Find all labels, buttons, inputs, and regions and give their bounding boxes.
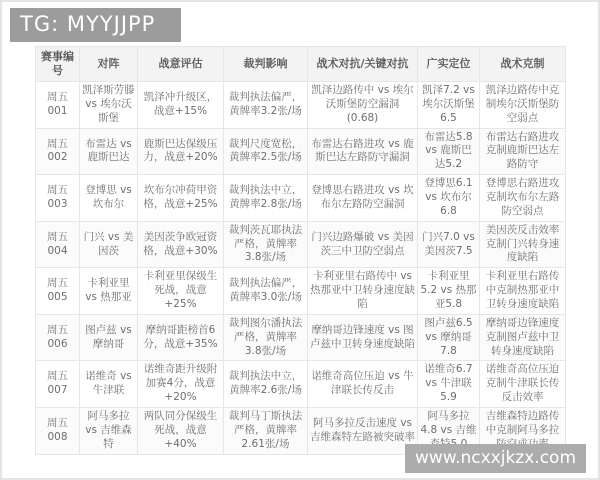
matchup-cell: 登博思 vs 坎布尔 xyxy=(80,175,138,222)
match-id-cell: 周五 006 xyxy=(36,314,80,361)
positioning-cell: 布雷达5.8 vs 鹿斯巴达5.2 xyxy=(418,128,480,175)
morale-cell: 诺维奇距升级附加赛4分，战意+20% xyxy=(138,361,224,408)
referee-cell: 裁判执法偏严，黄牌率3.0张/场 xyxy=(224,268,308,315)
matchup-cell: 凯泽斯劳滕 vs 埃尔沃斯堡 xyxy=(80,82,138,129)
match-id-cell: 周五 003 xyxy=(36,175,80,222)
col-header-referee: 裁判影响 xyxy=(224,47,308,82)
match-day: 周五 xyxy=(38,417,77,431)
matchup-cell: 图卢兹 vs 摩纳哥 xyxy=(80,314,138,361)
match-id-cell: 周五 008 xyxy=(36,408,80,455)
tactical-duel-cell: 门兴边路爆破 vs 美因茨三中卫防空弱点 xyxy=(308,221,418,268)
tactical-duel-cell: 凯泽边路传中 vs 埃尔沃斯堡防空漏洞 (0.68) xyxy=(308,82,418,129)
morale-cell: 鹿斯巴达保级压力，战意+20% xyxy=(138,128,224,175)
match-day: 周五 xyxy=(38,324,77,338)
tactical-duel-cell: 摩纳哥边锋速度 vs 图卢兹中卫转身速度缺陷 xyxy=(308,314,418,361)
col-header-tactical-duel: 战术对抗/关键对抗 xyxy=(308,47,418,82)
site-watermark: www.ncxxjkzx.com xyxy=(405,444,586,473)
matchup-cell: 门兴 vs 美因茨 xyxy=(80,221,138,268)
positioning-cell: 凯泽7.2 vs 埃尔沃斯堡6.5 xyxy=(418,82,480,129)
counter-cell: 卡利亚里右路传中克制热那亚中卫转身速度缺陷 xyxy=(480,268,566,315)
counter-cell: 摩纳哥边锋速度克制图卢兹中卫转身速度缺陷 xyxy=(480,314,566,361)
matchup-cell: 阿马多拉 vs 吉维森特 xyxy=(80,408,138,455)
match-day: 周五 xyxy=(38,184,77,198)
morale-cell: 美因茨争欧冠资格，战意+30% xyxy=(138,221,224,268)
match-day: 周五 xyxy=(38,91,77,105)
counter-cell: 凯泽边路传中克制埃尔沃斯堡防空弱点 xyxy=(480,82,566,129)
table-header-row: 赛事编号 对阵 战意评估 裁判影响 战术对抗/关键对抗 广实定位 战术克制 xyxy=(36,47,566,82)
matchup-cell: 布雷达 vs 鹿斯巴达 xyxy=(80,128,138,175)
table-row: 周五 005 卡利亚里 vs 热那亚 卡利亚里保级生死战，战意+25% 裁判执法… xyxy=(36,268,566,315)
table-row: 周五 001 凯泽斯劳滕 vs 埃尔沃斯堡 凯泽冲升级区，战意+15% 裁判执法… xyxy=(36,82,566,129)
referee-cell: 裁判图尔潘执法严格，黄牌率3.8张/场 xyxy=(224,314,308,361)
match-number: 004 xyxy=(38,245,77,259)
match-number: 006 xyxy=(38,338,77,352)
morale-cell: 凯泽冲升级区，战意+15% xyxy=(138,82,224,129)
col-header-matchup: 对阵 xyxy=(80,47,138,82)
tactical-duel-cell: 卡利亚里右路传中 vs 热那亚中卫转身速度缺陷 xyxy=(308,268,418,315)
matchup-cell: 诺维奇 vs 牛津联 xyxy=(80,361,138,408)
counter-cell: 登博思右路进攻克制坎布尔左路防空弱点 xyxy=(480,175,566,222)
match-id-cell: 周五 004 xyxy=(36,221,80,268)
match-analysis-table: 赛事编号 对阵 战意评估 裁判影响 战术对抗/关键对抗 广实定位 战术克制 周五… xyxy=(35,46,566,455)
tg-channel-badge: TG: MYYJJPP xyxy=(10,8,181,42)
referee-cell: 裁判执法中立，黄牌率2.6张/场 xyxy=(224,361,308,408)
tactical-duel-cell: 布雷达右路进攻 vs 鹿斯巴达左路防守漏洞 xyxy=(308,128,418,175)
table-body: 周五 001 凯泽斯劳滕 vs 埃尔沃斯堡 凯泽冲升级区，战意+15% 裁判执法… xyxy=(36,82,566,455)
match-number: 005 xyxy=(38,291,77,305)
col-header-match-id: 赛事编号 xyxy=(36,47,80,82)
positioning-cell: 登博思6.1 vs 坎布尔6.8 xyxy=(418,175,480,222)
referee-cell: 裁判执法偏严，黄牌率3.2张/场 xyxy=(224,82,308,129)
match-day: 周五 xyxy=(38,370,77,384)
match-number: 008 xyxy=(38,431,77,445)
col-header-positioning: 广实定位 xyxy=(418,47,480,82)
match-id-cell: 周五 005 xyxy=(36,268,80,315)
counter-cell: 诺维奇高位压迫克制牛津联长传反击效率 xyxy=(480,361,566,408)
match-id-cell: 周五 002 xyxy=(36,128,80,175)
positioning-cell: 卡利亚里 5.2 vs 热那亚5.8 xyxy=(418,268,480,315)
referee-cell: 裁判马丁斯执法严格，黄牌率2.61张/场 xyxy=(224,408,308,455)
positioning-cell: 诺维奇6.7 vs 牛津联5.9 xyxy=(418,361,480,408)
match-day: 周五 xyxy=(38,231,77,245)
match-number: 003 xyxy=(38,198,77,212)
page: TG: MYYJJPP 赛事编号 对阵 战意评估 裁判影响 战术对抗/关键对抗 … xyxy=(0,0,600,480)
col-header-morale: 战意评估 xyxy=(138,47,224,82)
referee-cell: 裁判尺度宽松，黄牌率2.5张/场 xyxy=(224,128,308,175)
match-number: 002 xyxy=(38,151,77,165)
match-day: 周五 xyxy=(38,277,77,291)
morale-cell: 摩纳哥距榜首6分，战意+35% xyxy=(138,314,224,361)
table-row: 周五 007 诺维奇 vs 牛津联 诺维奇距升级附加赛4分，战意+20% 裁判执… xyxy=(36,361,566,408)
table-row: 周五 004 门兴 vs 美因茨 美因茨争欧冠资格，战意+30% 裁判茨瓦耶执法… xyxy=(36,221,566,268)
table-row: 周五 006 图卢兹 vs 摩纳哥 摩纳哥距榜首6分，战意+35% 裁判图尔潘执… xyxy=(36,314,566,361)
counter-cell: 布雷达右路进攻克制鹿斯巴达左路防守 xyxy=(480,128,566,175)
matchup-cell: 卡利亚里 vs 热那亚 xyxy=(80,268,138,315)
morale-cell: 两队同分保级生死战，战意+40% xyxy=(138,408,224,455)
table-row: 周五 003 登博思 vs 坎布尔 坎布尔冲荷甲资格，战意+25% 裁判执法中立… xyxy=(36,175,566,222)
match-number: 007 xyxy=(38,384,77,398)
referee-cell: 裁判茨瓦耶执法严格，黄牌率3.8张/场 xyxy=(224,221,308,268)
match-day: 周五 xyxy=(38,138,77,152)
tactical-duel-cell: 登博思右路进攻 vs 坎布尔左路防空漏洞 xyxy=(308,175,418,222)
tactical-duel-cell: 诺维奇高位压迫 vs 牛津联长传反击 xyxy=(308,361,418,408)
tactical-duel-cell: 阿马多拉反击速度 vs 吉维森特左路被突破率 xyxy=(308,408,418,455)
table-row: 周五 002 布雷达 vs 鹿斯巴达 鹿斯巴达保级压力，战意+20% 裁判尺度宽… xyxy=(36,128,566,175)
match-id-cell: 周五 007 xyxy=(36,361,80,408)
positioning-cell: 门兴7.0 vs 美因茨7.5 xyxy=(418,221,480,268)
match-number: 001 xyxy=(38,105,77,119)
col-header-counter: 战术克制 xyxy=(480,47,566,82)
morale-cell: 卡利亚里保级生死战，战意+25% xyxy=(138,268,224,315)
positioning-cell: 图卢兹6.5 vs 摩纳哥7.8 xyxy=(418,314,480,361)
counter-cell: 美因茨反击效率克制门兴转身速度缺陷 xyxy=(480,221,566,268)
morale-cell: 坎布尔冲荷甲资格，战意+25% xyxy=(138,175,224,222)
match-id-cell: 周五 001 xyxy=(36,82,80,129)
referee-cell: 裁判执法中立，黄牌率2.8张/场 xyxy=(224,175,308,222)
